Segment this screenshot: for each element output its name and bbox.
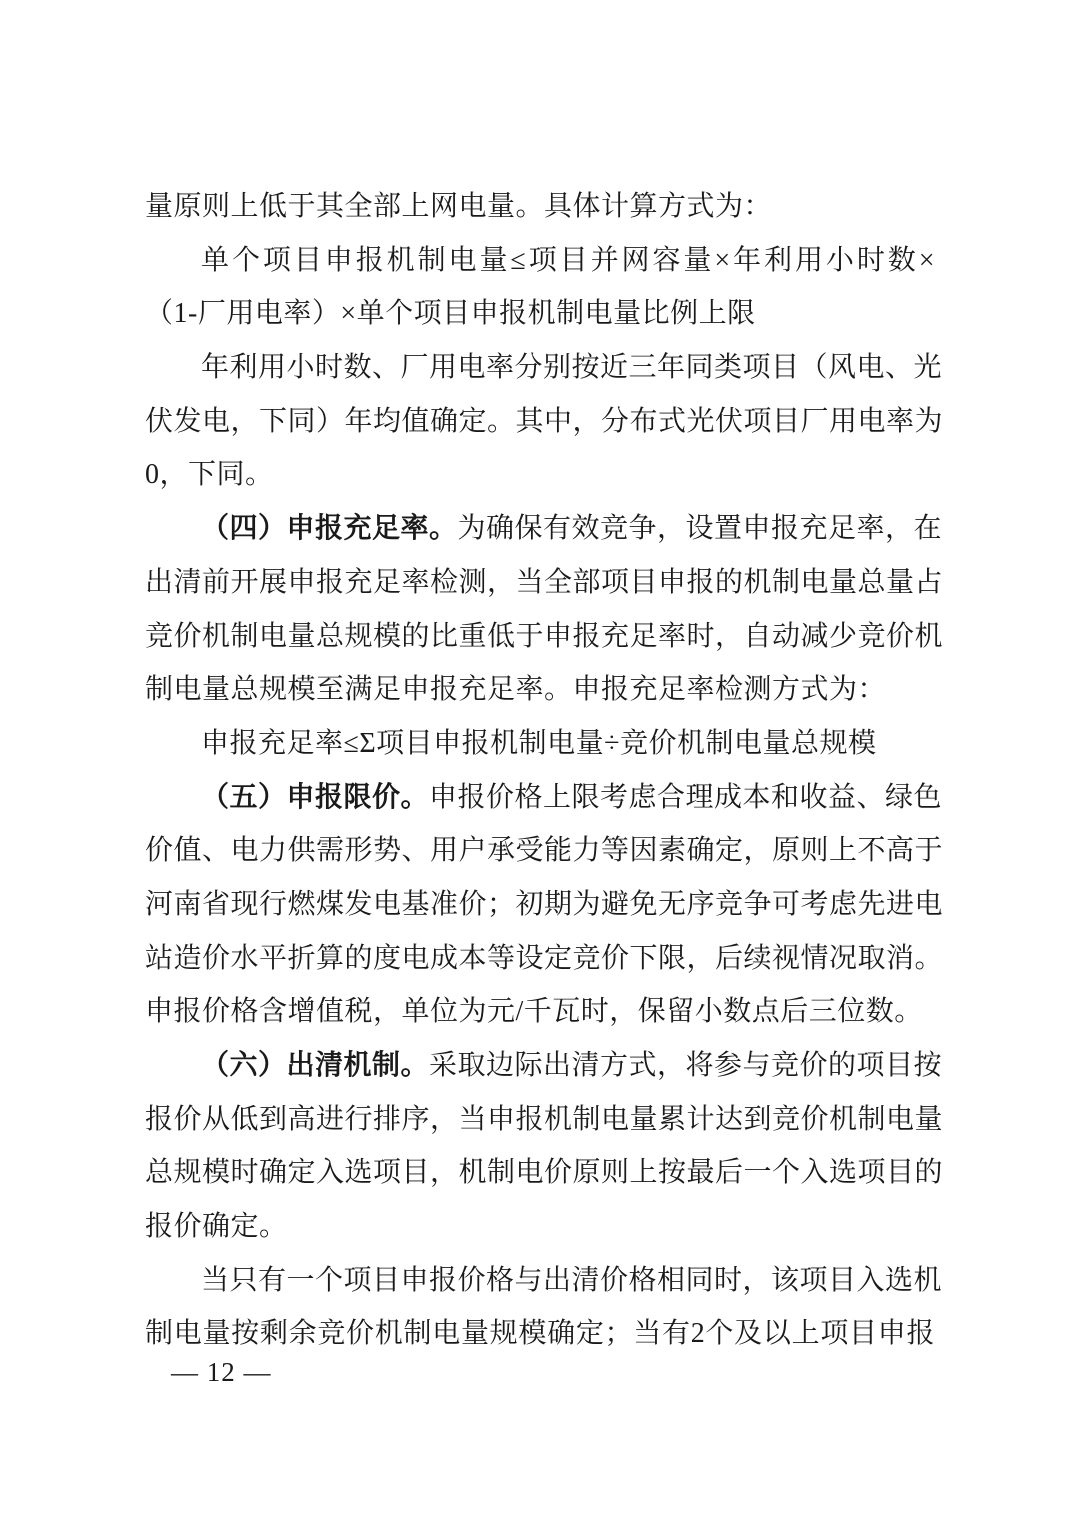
text-segment: 伏发电，下同）年均值确定。其中，分布式光伏项目厂用电率为 xyxy=(145,406,943,437)
text-segment: 制电量按剩余竞价机制电量规模确定；当有2个及以上项目申报 xyxy=(145,1318,935,1349)
text-segment: 竞价机制电量总规模的比重低于申报充足率时，自动减少竞价机 xyxy=(145,621,943,652)
text-segment: 年利用小时数、厂用电率分别按近三年同类项目（风电、光 xyxy=(201,352,942,383)
text-line: 申报价格含增值税，单位为元/千瓦时，保留小数点后三位数。 xyxy=(145,985,935,1039)
text-segment: （1-厂用电率）×单个项目申报机制电量比例上限 xyxy=(145,298,756,329)
text-line: 报价从低到高进行排序，当申报机制电量累计达到竞价机制电量 xyxy=(145,1093,935,1147)
section-heading: （五）申报限价。 xyxy=(201,782,429,813)
text-line: （五）申报限价。申报价格上限考虑合理成本和收益、绿色 xyxy=(145,771,935,825)
text-line: 站造价水平折算的度电成本等设定竞价下限，后续视情况取消。 xyxy=(145,932,935,986)
text-line: 当只有一个项目申报价格与出清价格相同时，该项目入选机 xyxy=(145,1254,935,1308)
text-segment: 制电量总规模至满足申报充足率。申报充足率检测方式为： xyxy=(145,674,886,705)
text-line: 出清前开展申报充足率检测，当全部项目申报的机制电量总量占 xyxy=(145,556,935,610)
text-line: （1-厂用电率）×单个项目申报机制电量比例上限 xyxy=(145,287,935,341)
text-segment: 总规模时确定入选项目，机制电价原则上按最后一个入选项目的 xyxy=(145,1157,943,1188)
text-line: 竞价机制电量总规模的比重低于申报充足率时，自动减少竞价机 xyxy=(145,610,935,664)
page-number: — 12 — xyxy=(171,1352,272,1392)
section-heading: （六）出清机制。 xyxy=(201,1050,429,1081)
text-segment: 报价从低到高进行排序，当申报机制电量累计达到竞价机制电量 xyxy=(145,1104,943,1135)
text-segment: 申报充足率≤Σ项目申报机制电量÷竞价机制电量总规模 xyxy=(201,728,877,759)
text-line: （四）申报充足率。为确保有效竞争，设置申报充足率，在 xyxy=(145,502,935,556)
text-line: 0，下同。 xyxy=(145,448,935,502)
text-line: （六）出清机制。采取边际出清方式，将参与竞价的项目按 xyxy=(145,1039,935,1093)
text-line: 申报充足率≤Σ项目申报机制电量÷竞价机制电量总规模 xyxy=(145,717,935,771)
text-segment: 0，下同。 xyxy=(145,459,274,490)
text-segment: 站造价水平折算的度电成本等设定竞价下限，后续视情况取消。 xyxy=(145,943,943,974)
text-segment: 采取边际出清方式，将参与竞价的项目按 xyxy=(429,1050,942,1081)
text-line: 河南省现行燃煤发电基准价；初期为避免无序竞争可考虑先进电 xyxy=(145,878,935,932)
text-segment: 单个项目申报机制电量≤项目并网容量×年利用小时数× xyxy=(201,245,935,276)
text-line: 价值、电力供需形势、用户承受能力等因素确定，原则上不高于 xyxy=(145,824,935,878)
document-page: 量原则上低于其全部上网电量。具体计算方式为：单个项目申报机制电量≤项目并网容量×… xyxy=(0,0,1080,1527)
text-segment: 河南省现行燃煤发电基准价；初期为避免无序竞争可考虑先进电 xyxy=(145,889,943,920)
text-line: 总规模时确定入选项目，机制电价原则上按最后一个入选项目的 xyxy=(145,1146,935,1200)
text-line: 报价确定。 xyxy=(145,1200,935,1254)
text-line: 伏发电，下同）年均值确定。其中，分布式光伏项目厂用电率为 xyxy=(145,395,935,449)
text-segment: 申报价格上限考虑合理成本和收益、绿色 xyxy=(429,782,942,813)
text-segment: 价值、电力供需形势、用户承受能力等因素确定，原则上不高于 xyxy=(145,835,943,866)
text-line: 量原则上低于其全部上网电量。具体计算方式为： xyxy=(145,180,935,234)
text-line: 年利用小时数、厂用电率分别按近三年同类项目（风电、光 xyxy=(145,341,935,395)
section-heading: （四）申报充足率。 xyxy=(201,513,458,544)
text-line: 制电量总规模至满足申报充足率。申报充足率检测方式为： xyxy=(145,663,935,717)
text-line: 单个项目申报机制电量≤项目并网容量×年利用小时数× xyxy=(145,234,935,288)
text-segment: 量原则上低于其全部上网电量。具体计算方式为： xyxy=(145,191,772,222)
text-segment: 报价确定。 xyxy=(145,1211,288,1242)
text-segment: 出清前开展申报充足率检测，当全部项目申报的机制电量总量占 xyxy=(145,567,943,598)
text-segment: 当只有一个项目申报价格与出清价格相同时，该项目入选机 xyxy=(201,1265,942,1296)
text-block: 量原则上低于其全部上网电量。具体计算方式为：单个项目申报机制电量≤项目并网容量×… xyxy=(145,180,935,1361)
text-segment: 申报价格含增值税，单位为元/千瓦时，保留小数点后三位数。 xyxy=(145,996,923,1027)
text-segment: 为确保有效竞争，设置申报充足率，在 xyxy=(458,513,943,544)
